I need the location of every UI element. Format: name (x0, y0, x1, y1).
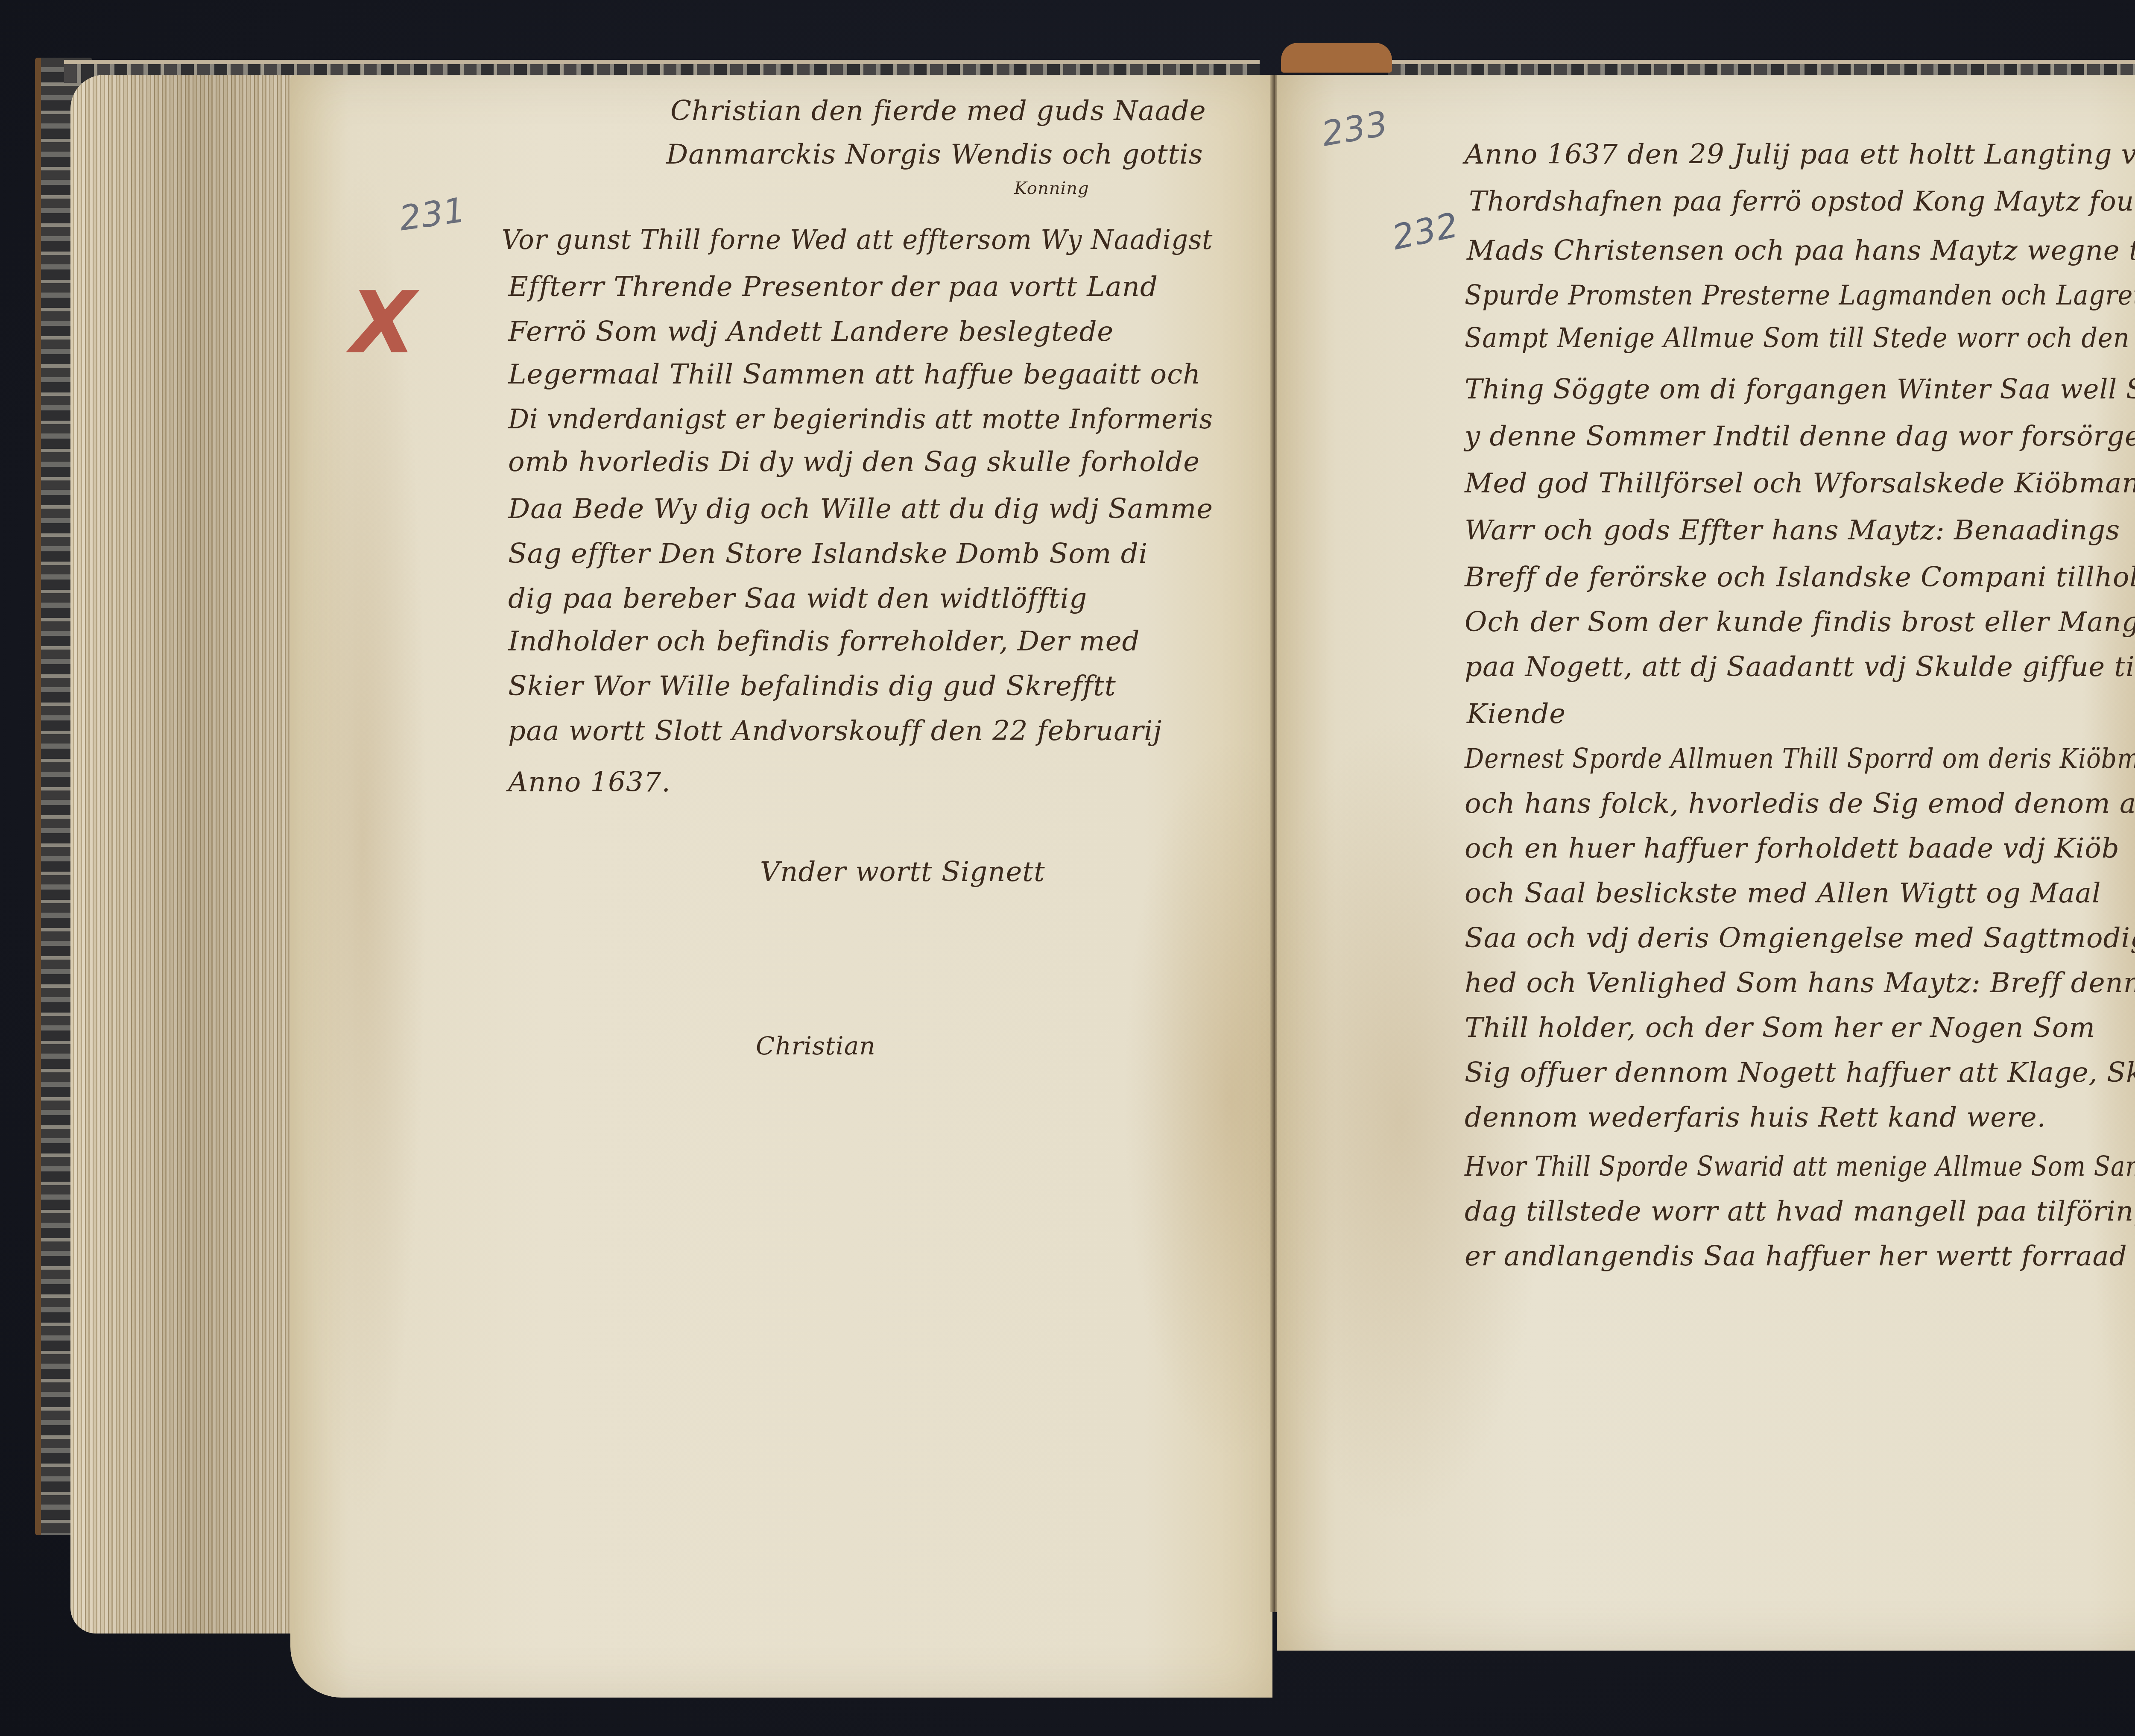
right-body-line: Sig offuer dennom Nogett haffuer att Kla… (1465, 1059, 2135, 1086)
right-body-line: Dernest Sporde Allmuen Thill Sporrd om d… (1465, 745, 2135, 773)
right-body-line: Kiende (1467, 700, 1566, 728)
right-body-line: Anno 1637 den 29 Julij paa ett holtt Lan… (1465, 141, 2135, 168)
right-body-line: dennom wederfaris huis Rett kand were. (1465, 1104, 2046, 1131)
left-body-line: Di vnderdanigst er begierindis att motte… (508, 406, 1213, 433)
right-body-line: och en huer haffuer forholdett baade vdj… (1465, 835, 2120, 862)
heading-insertion: Konning (1014, 179, 1089, 198)
right-body-line: er andlangendis Saa haffuer her wertt fo… (1465, 1243, 2127, 1270)
left-body-line: omb hvorledis Di dy wdj den Sag skulle f… (508, 448, 1200, 476)
left-body-line: Daa Bede Wy dig och Wille att du dig wdj… (508, 495, 1213, 523)
left-body-line: dig paa bereber Saa widt den widtlöfftig (508, 585, 1087, 612)
right-body-line: och hans folck, hvorledis de Sig emod de… (1465, 790, 2135, 817)
right-body-line: Hvor Thill Sporde Swarid att menige Allm… (1465, 1153, 2135, 1180)
right-body-line: Thing Söggte om di forgangen Winter Saa … (1465, 376, 2135, 403)
right-body-line: Och der Som der kunde findis brost eller… (1465, 609, 2135, 636)
left-body-line: Sag effter Den Store Islandske Domb Som … (508, 540, 1148, 568)
right-body-line: Breff de ferörske och Islandske Compani … (1465, 564, 2135, 591)
subscription: Vnder wortt Signett (760, 858, 1045, 886)
right-body-line: Med god Thillförsel och Wforsalskede Kiö… (1465, 470, 2135, 497)
right-body-line: Thordshafnen paa ferrö opstod Kong Maytz… (1469, 188, 2135, 215)
spine-headband (1281, 43, 1392, 73)
left-body-line: Effterr Thrende Presentor der paa vortt … (508, 273, 1158, 301)
left-page-stack (70, 75, 327, 1634)
left-body-line: Indholder och befindis forreholder, Der … (508, 628, 1140, 655)
right-body-line: hed och Venlighed Som hans Maytz: Breff … (1465, 969, 2135, 997)
right-body-line: Thill holder, och der Som her er Nogen S… (1465, 1014, 2095, 1042)
right-body-line: Saa och vdj deris Omgiengelse med Sagttm… (1465, 925, 2135, 952)
right-body-line: och Saal beslickste med Allen Wigtt og M… (1465, 880, 2101, 907)
right-body-line: Warr och gods Effter hans Maytz: Benaadi… (1465, 517, 2120, 544)
left-body-line: Vor gunst Thill forne Wed att efftersom … (502, 226, 1213, 254)
heading-line-2: Danmarckis Norgis Wendis och gottis (666, 141, 1203, 168)
heading-line-1: Christian den fierde med guds Naade (670, 97, 1206, 125)
left-body-line: paa wortt Slott Andvorskouff den 22 febr… (508, 717, 1162, 745)
royal-signature: Christian (756, 1033, 876, 1058)
right-body-line: Mads Christensen och paa hans Maytz wegn… (1467, 237, 2135, 264)
left-body-line: Ferrö Som wdj Andett Landere beslegtede (508, 318, 1114, 345)
left-body-line: Legermaal Thill Sammen att haffue begaai… (508, 361, 1201, 388)
right-body-line: Sampt Menige Allmue Som till Stede worr … (1465, 325, 2135, 352)
right-body-line: paa Nogett, att dj Saadantt vdj Skulde g… (1465, 653, 2135, 681)
left-date-line: Anno 1637. (508, 769, 671, 796)
right-body-line: dag tillstede worr att hvad mangell paa … (1465, 1198, 2135, 1225)
red-cross-mark: X (350, 273, 416, 373)
right-body-line: y denne Sommer Indtil denne dag wor fors… (1465, 423, 2135, 450)
right-body-line: Spurde Promsten Presterne Lagmanden och … (1465, 282, 2135, 309)
left-body-line: Skier Wor Wille befalindis dig gud Skref… (508, 673, 1116, 700)
